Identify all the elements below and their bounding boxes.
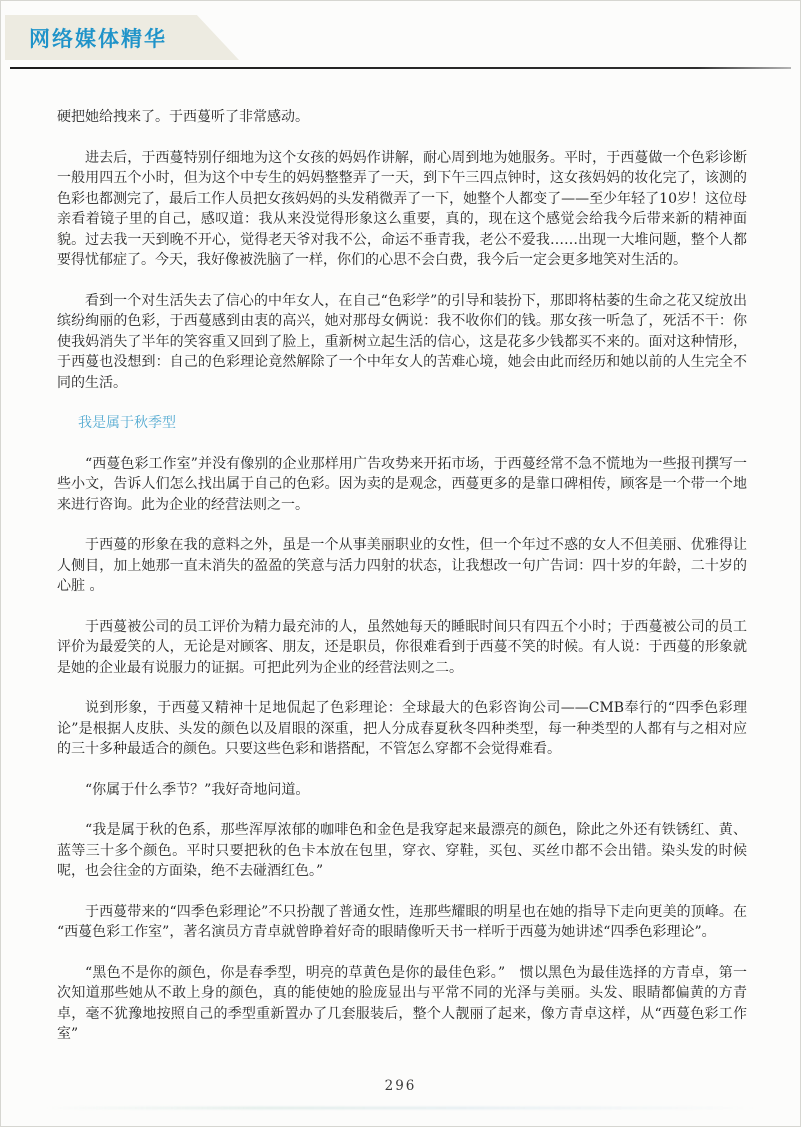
chapter-title: 网络媒体精华 xyxy=(29,23,167,53)
scan-artifact xyxy=(45,1107,756,1109)
page-number: 296 xyxy=(0,1078,801,1094)
paragraph: 看到一个对生活失去了信心的中年女人，在自己“色彩学”的引导和装扮下，那即将枯萎的… xyxy=(57,291,747,394)
chapter-banner: 网络媒体精华 xyxy=(5,15,239,60)
paragraph-continuation: 硬把她给拽来了。于西蔓听了非常感动。 xyxy=(57,107,747,128)
paragraph: “我是属于秋的色系，那些浑厚浓郁的咖啡色和金色是我穿起来最漂亮的颜色，除此之外还… xyxy=(57,820,747,882)
paragraph: 进去后，于西蔓特别仔细地为这个女孩的妈妈作讲解，耐心周到地为她服务。平时，于西蔓… xyxy=(57,148,747,271)
page-content: 硬把她给拽来了。于西蔓听了非常感动。 进去后，于西蔓特别仔细地为这个女孩的妈妈作… xyxy=(57,101,747,1065)
paragraph: “黑色不是你的颜色，你是春季型，明亮的草黄色是你的最佳色彩。” 惯以黑色为最佳选… xyxy=(57,963,747,1045)
paragraph: “你属于什么季节？”我好奇地问道。 xyxy=(57,780,747,801)
paragraph: 于西蔓带来的“四季色彩理论”不只扮靓了普通女性，连那些耀眼的明星也在她的指导下走… xyxy=(57,902,747,943)
paragraph: “西蔓色彩工作室”并没有像别的企业那样用广告攻势来开拓市场，于西蔓经常不急不慌地… xyxy=(57,454,747,516)
paragraph: 说到形象，于西蔓又精神十足地侃起了色彩理论：全球最大的色彩咨询公司——CMB奉行… xyxy=(57,698,747,760)
section-heading: 我是属于秋季型 xyxy=(78,413,747,434)
paragraph: 于西蔓被公司的员工评价为精力最充沛的人，虽然她每天的睡眠时间只有四五个小时；于西… xyxy=(57,617,747,679)
header-divider xyxy=(10,67,791,69)
paragraph: 于西蔓的形象在我的意料之外，虽是一个从事美丽职业的女性，但一个年过不惑的女人不但… xyxy=(57,535,747,597)
book-page: 网络媒体精华 硬把她给拽来了。于西蔓听了非常感动。 进去后，于西蔓特别仔细地为这… xyxy=(0,0,801,1127)
